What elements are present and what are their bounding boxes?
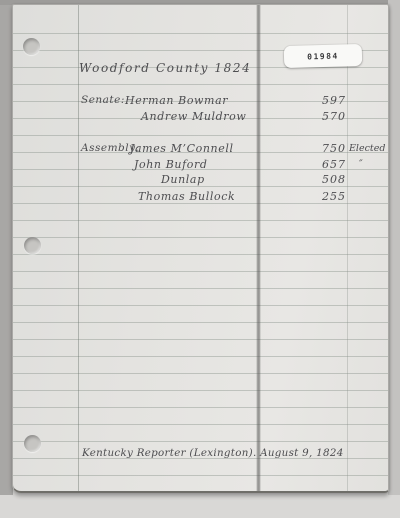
record-row: Dunlap 508 [81, 173, 382, 190]
candidate-name: James M’Connell [130, 142, 234, 155]
vote-count: 255 [322, 190, 346, 203]
candidate-name: Thomas Bullock [138, 190, 235, 203]
candidate-name: Dunlap [161, 173, 205, 186]
vote-count: 597 [322, 94, 346, 107]
candidate-name: Andrew Muldrow [141, 110, 246, 123]
document-title: Woodford County 1824 [79, 61, 251, 75]
result-note-ditto: ″ [359, 159, 363, 170]
result-note: Elected [349, 143, 385, 154]
vote-count: 750 [322, 142, 346, 155]
scan-background: { "scan": { "label_number": "01984", "ti… [0, 0, 400, 518]
vote-count: 508 [322, 173, 346, 186]
office-label-senate: Senate: [81, 94, 125, 106]
citation-line: Kentucky Reporter (Lexington). August 9,… [82, 447, 344, 459]
record-row: Thomas Bullock 255 [81, 190, 382, 207]
candidate-name: Herman Bowmar [125, 94, 228, 107]
vote-count: 657 [322, 158, 346, 171]
record-row: Assembly: James M’Connell 750 Elected [81, 142, 382, 159]
scanner-backdrop-right [388, 0, 400, 495]
vote-count: 570 [322, 110, 346, 123]
document-page: 01984 Woodford County 1824 Senate: Herma… [12, 4, 389, 493]
candidate-name: John Buford [134, 158, 207, 171]
record-row: Andrew Muldrow 570 [81, 110, 382, 127]
record-row: Senate: Herman Bowmar 597 [81, 94, 382, 111]
handwritten-content: Woodford County 1824 Senate: Herman Bowm… [13, 5, 388, 491]
